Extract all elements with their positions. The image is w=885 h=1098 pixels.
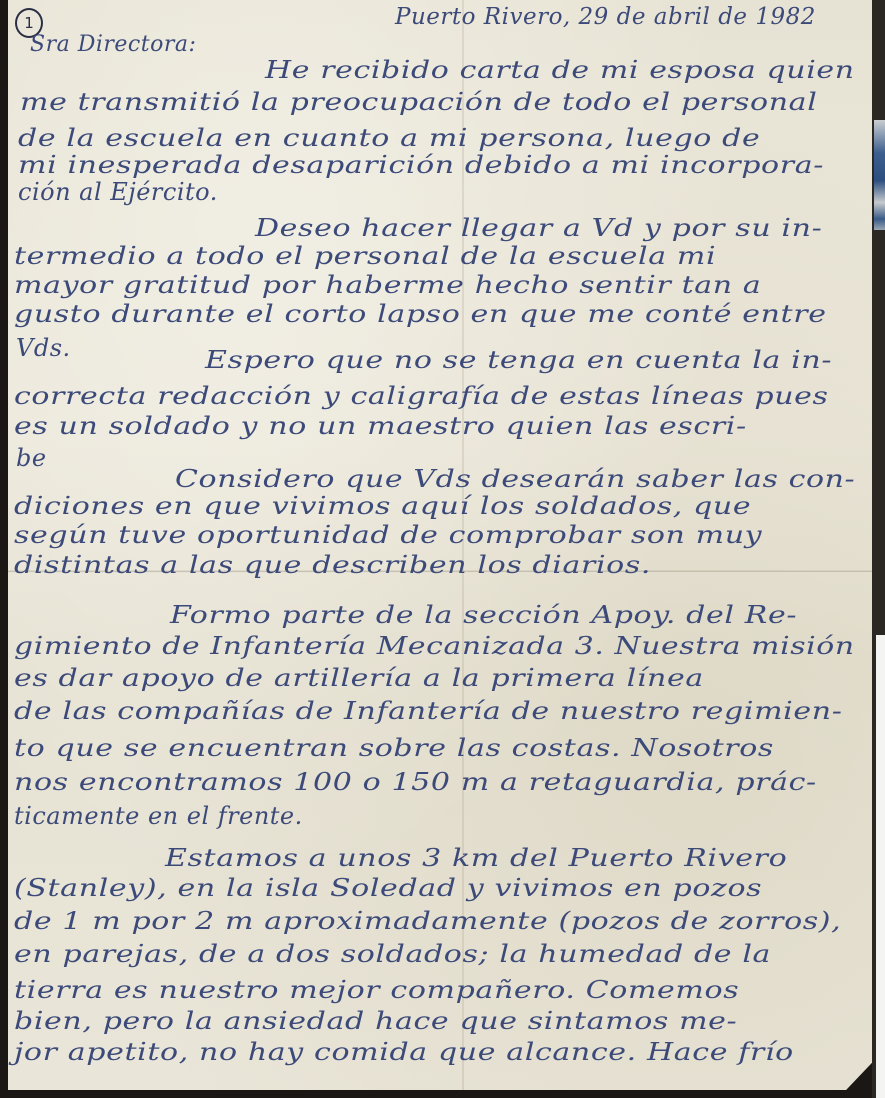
letter-line: Estamos a unos 3 km del Puerto Rivero	[165, 846, 787, 870]
letter-line: de las compañías de Infantería de nuestr…	[14, 699, 842, 723]
letter-line: diciones en que vivimos aquí los soldado…	[14, 494, 751, 518]
white-background-strip	[876, 635, 885, 1098]
letter-line: tierra es nuestro mejor compañero. Comem…	[14, 978, 739, 1002]
letter-line: de 1 m por 2 m aproximadamente (pozos de…	[14, 909, 841, 933]
letter-line: me transmitió la preocupación de todo el…	[20, 90, 817, 114]
letter-line: (Stanley), en la isla Soledad y vivimos …	[14, 876, 762, 900]
letter-line: mayor gratitud por haberme hecho sentir …	[14, 273, 761, 297]
letter-line: es dar apoyo de artillería a la primera …	[14, 666, 704, 690]
letter-line: Deseo hacer llegar a Vd y por su in-	[255, 216, 822, 240]
letter-line: be	[16, 446, 47, 470]
letter-line: to que se encuentran sobre las costas. N…	[14, 736, 774, 760]
letter-line: correcta redacción y caligrafía de estas…	[14, 384, 829, 408]
letter-line: Vds.	[16, 336, 71, 360]
letter-line: Espero que no se tenga en cuenta la in-	[205, 348, 832, 372]
salutation: Sra Directora:	[30, 34, 196, 56]
blue-background-strip	[874, 120, 885, 230]
letter-line: mi inesperada desaparición debido a mi i…	[18, 153, 824, 177]
letter-line: en parejas, de a dos soldados; la humeda…	[14, 942, 771, 966]
letter-line: bien, pero la ansiedad hace que sintamos…	[14, 1009, 737, 1033]
letter-line: jor apetito, no hay comida que alcance. …	[14, 1040, 794, 1064]
letter-line: gimiento de Infantería Mecanizada 3. Nue…	[14, 634, 855, 658]
place-date-line: Puerto Rivero, 29 de abril de 1982	[395, 6, 816, 29]
letter-line: nos encontramos 100 o 150 m a retaguardi…	[14, 770, 817, 794]
letter-line: Considero que Vds desearán saber las con…	[175, 467, 855, 491]
letter-line: ticamente en el frente.	[14, 804, 303, 828]
letter-line: según tuve oportunidad de comprobar son …	[14, 523, 762, 547]
letter-line: de la escuela en cuanto a mi persona, lu…	[18, 126, 760, 150]
letter-line: Formo parte de la sección Apoy. del Re-	[170, 603, 797, 627]
letter-line: distintas a las que describen los diario…	[14, 553, 651, 577]
letter-line: termedio a todo el personal de la escuel…	[14, 244, 716, 268]
letter-line: He recibido carta de mi esposa quien	[265, 58, 855, 82]
letter-line: ción al Ejército.	[18, 180, 218, 204]
letter-line: gusto durante el corto lapso en que me c…	[14, 302, 827, 326]
letter-line: es un soldado y no un maestro quien las …	[14, 414, 747, 438]
